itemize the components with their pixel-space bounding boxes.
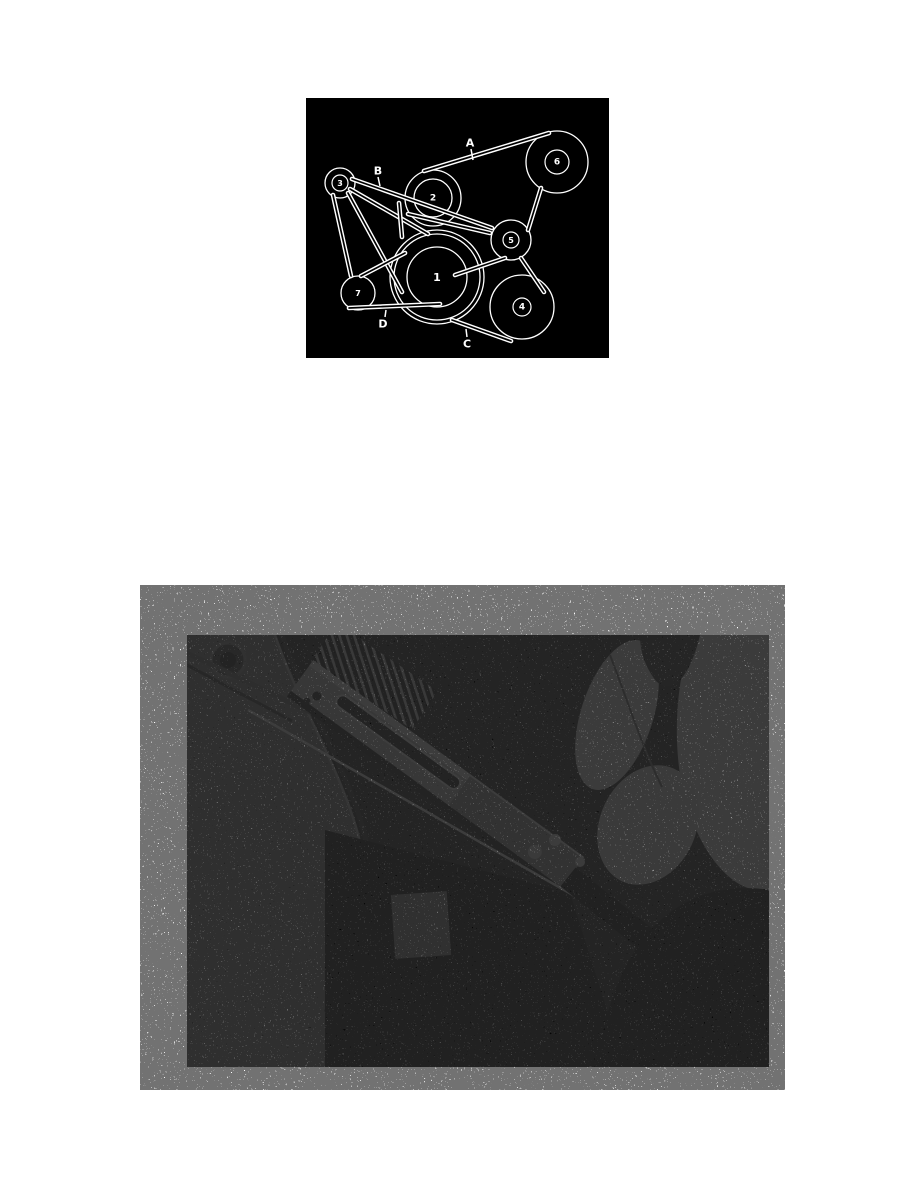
pulley-number-1: 1 (433, 271, 441, 284)
pulley-number-3: 3 (337, 179, 343, 188)
belt-label-tick-C (466, 329, 467, 337)
belt-diagram-svg: 1234567ABCD (306, 98, 609, 358)
pulley-number-4: 4 (519, 303, 525, 313)
pulley-number-2: 2 (430, 194, 436, 204)
tensioner-adjustment-photo (140, 585, 785, 1090)
belt-routing-diagram: 1234567ABCD (306, 98, 609, 358)
tensioner-photo-svg (140, 585, 785, 1090)
pulley-number-5: 5 (508, 236, 514, 245)
belt-label-A: A (466, 137, 475, 150)
belt-label-D: D (378, 318, 387, 331)
belt-label-tick-D (385, 310, 386, 317)
manual-page: 1234567ABCD (0, 0, 918, 1188)
pulley-number-7: 7 (355, 289, 361, 298)
belt-label-C: C (463, 338, 471, 351)
pulley-number-6: 6 (554, 158, 560, 168)
belt-label-B: B (374, 165, 382, 178)
scan-speckle (140, 585, 785, 1090)
